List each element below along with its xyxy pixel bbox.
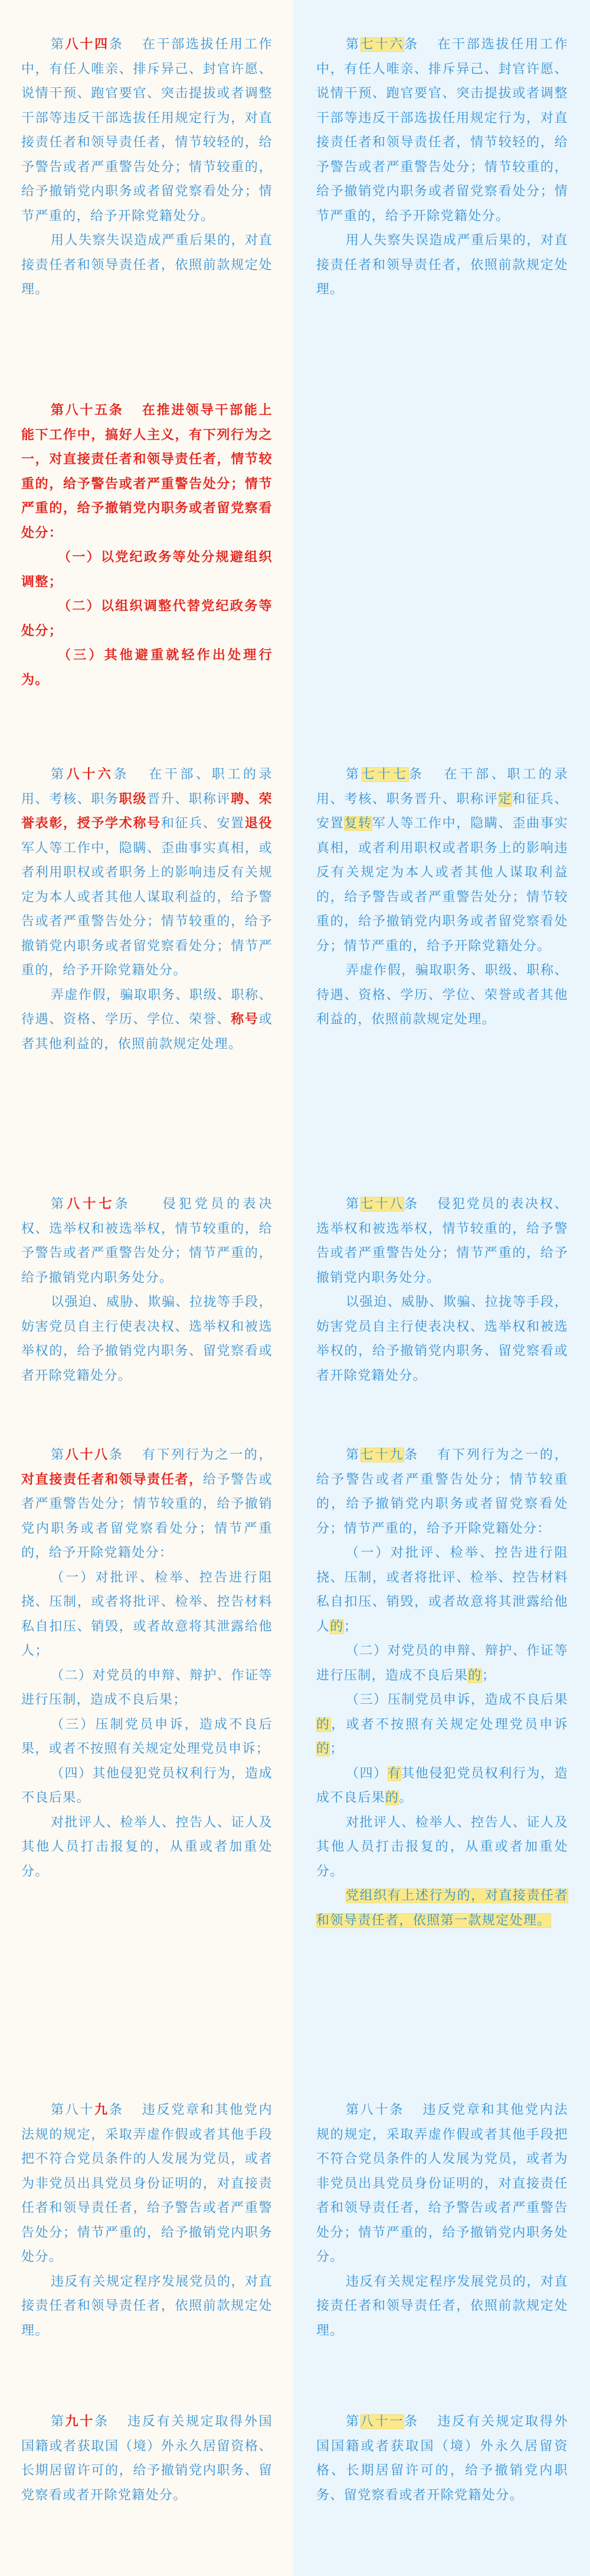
article-text: 违反党章和其他党内法规的规定，采取弄虚作假或者其他手段把不符合党员条件的人发展为…	[21, 2103, 273, 2264]
article-prefix: 第	[51, 1448, 65, 1462]
text-segment: ；	[482, 1668, 496, 1683]
article-76: 第七十六条在干部选拔任用工作中，有任人唯亲、排斥异己、封官许愿、说情干预、跑官要…	[316, 32, 568, 302]
article-number: 九	[94, 2103, 109, 2117]
article-79-item-4: （四）有其他侵犯党员权利行为，造成不良后果的。	[316, 1762, 568, 1811]
changed-text: 的	[316, 1742, 330, 1756]
left-column-revised: 第八十四条在干部选拔任用工作中，有任人唯亲、排斥异己、封官许愿、说情干预、跑官要…	[0, 0, 293, 2576]
article-suffix: 条	[404, 1197, 419, 1212]
article-prefix: 第	[51, 37, 65, 52]
changed-text: 有	[388, 1766, 402, 1781]
article-90-para-1: 第九十条违反有关规定取得外国国籍或者获取国（境）外永久居留资格、长期居留许可的，…	[21, 2410, 273, 2508]
article-90: 第九十条违反有关规定取得外国国籍或者获取国（境）外永久居留资格、长期居留许可的，…	[21, 2410, 273, 2508]
article-prefix: 第	[346, 2103, 360, 2117]
article-77-para-2: 弄虚作假，骗取职务、职级、职称、待遇、资格、学历、学位、荣誉或者其他利益的，依照…	[316, 958, 568, 1032]
article-text: 在干部选拔任用工作中，有任人唯亲、排斥异己、封官许愿、说情干预、跑官要官、突击提…	[316, 37, 568, 224]
article-suffix: 条	[404, 2414, 419, 2429]
article-85-item-3: （三）其他避重就轻作出处理行为。	[21, 643, 273, 692]
article-89-para-1: 第八十九条违反党章和其他党内法规的规定，采取弄虚作假或者其他手段把不符合党员条件…	[21, 2098, 273, 2270]
article-78-para-2: 以强迫、威胁、欺骗、拉拢等手段，妨害党员自主行使表决权、选举权和被选举权的，给予…	[316, 1290, 568, 1388]
article-79-item-2: （二）对党员的申辩、辩护、作证等进行压制，造成不良后果的；	[316, 1639, 568, 1688]
article-number: 七十七	[362, 767, 409, 782]
text-segment: （三）压制党员申诉，造成不良后果	[346, 1693, 568, 1707]
article-87-para-1: 第八十七条侵犯党员的表决权、选举权和被选举权，情节较重的，给予警告或者严重警告处…	[21, 1192, 273, 1290]
text-segment: 军人等工作中，隐瞒、歪曲事实真相，或者利用职权或者职务上的影响违反有关规定为本人…	[316, 816, 568, 954]
article-number: 八十	[360, 2103, 390, 2117]
article-suffix: 条	[109, 2103, 124, 2117]
article-81: 第八十一条违反有关规定取得外国国籍或者获取国（境）外永久居留资格、长期居留许可的…	[316, 2410, 568, 2508]
article-prefix: 第	[51, 767, 67, 782]
article-prefix: 第	[346, 1448, 360, 1462]
article-79-closing: 对批评人、检举人、控告人、证人及其他人员打击报复的，从重或者加重处分。	[316, 1811, 568, 1884]
article-suffix: 条	[409, 767, 425, 782]
article-86-para-2: 弄虚作假，骗取职务、职级、职称、待遇、资格、学历、学位、荣誉、称号或者其他利益的…	[21, 983, 273, 1057]
article-79: 第七十九条有下列行为之一的，给予警告或者严重警告处分；情节较重的，给予撤销党内职…	[316, 1443, 568, 1933]
article-86: 第八十六条在干部、职工的录用、考核、职务职级晋升、职称评聘、荣誉表彰，授予学术称…	[21, 762, 273, 1056]
article-89-para-2: 违反有关规定程序发展党员的，对直接责任者和领导责任者，依照前款规定处理。	[21, 2270, 273, 2343]
article-88-item-3: （三）压制党员申诉，造成不良后果，或者不按照有关规定处理党员申诉；	[21, 1713, 273, 1762]
article-88-para-1: 第八十八条有下列行为之一的，对直接责任者和领导责任者，给予警告或者严重警告处分；…	[21, 1443, 273, 1566]
article-84-para-1: 第八十四条在干部选拔任用工作中，有任人唯亲、排斥异己、封官许愿、说情干预、跑官要…	[21, 32, 273, 228]
article-88-item-1: （一）对批评、检举、控告进行阻挠、压制，或者将批评、检举、控告材料私自扣压、销毁…	[21, 1566, 273, 1664]
article-number: 七十九	[360, 1448, 404, 1462]
article-suffix: 条	[94, 2414, 109, 2429]
article-79-item-3: （三）压制党员申诉，造成不良后果的，或者不按照有关规定处理党员申诉的；	[316, 1688, 568, 1762]
article-85-item-1: （一）以党纪政务等处分规避组织调整；	[21, 545, 273, 594]
article-80-para-1: 第八十条违反党章和其他党内法规的规定，采取弄虚作假或者其他手段把不符合党员条件的…	[316, 2098, 568, 2270]
text-segment: 军人等工作中，隐瞒、歪曲事实真相，或者利用职权或者职务上的影响违反有关规定为本人…	[21, 841, 273, 978]
article-81-para-1: 第八十一条违反有关规定取得外国国籍或者获取国（境）外永久居留资格、长期居留许可的…	[316, 2410, 568, 2508]
text-segment: ；	[344, 1619, 358, 1634]
text-segment: 。	[399, 1791, 412, 1805]
article-number: 八十六	[67, 767, 114, 782]
changed-text: 党组织有上述行为的，对直接责任者和领导责任者，依照第一款规定处理。	[316, 1888, 568, 1928]
article-79-item-1: （一）对批评、检举、控告进行阻挠、压制，或者将批评、检举、控告材料私自扣压、销毁…	[316, 1541, 568, 1639]
article-prefix: 第	[51, 2414, 65, 2429]
article-77-para-1: 第七十七条在干部、职工的录用、考核、职务晋升、职称评定和征兵、安置复转军人等工作…	[316, 762, 568, 958]
article-79-deleted-para: 党组织有上述行为的，对直接责任者和领导责任者，依照第一款规定处理。	[316, 1884, 568, 1933]
article-84-para-2: 用人失察失误造成严重后果的，对直接责任者和领导责任者，依照前款规定处理。	[21, 228, 273, 302]
article-89: 第八十九条违反党章和其他党内法规的规定，采取弄虚作假或者其他手段把不符合党员条件…	[21, 2098, 273, 2343]
text-segment: （四）	[346, 1766, 388, 1781]
article-88-item-4: （四）其他侵犯党员权利行为，造成不良后果。	[21, 1762, 273, 1811]
article-number: 八十七	[67, 1197, 115, 1212]
changed-text: 定	[499, 792, 513, 807]
article-88: 第八十八条有下列行为之一的，对直接责任者和领导责任者，给予警告或者严重警告处分；…	[21, 1443, 273, 1884]
article-87-para-2: 以强迫、威胁、欺骗、拉拢等手段，妨害党员自主行使表决权、选举权和被选举权的，给予…	[21, 1290, 273, 1388]
article-suffix: 条	[113, 767, 129, 782]
text-segment: 和征兵、安置	[161, 816, 245, 831]
article-80-para-2: 违反有关规定程序发展党员的，对直接责任者和领导责任者，依照前款规定处理。	[316, 2270, 568, 2343]
article-number: 七十八	[360, 1197, 404, 1212]
text-segment: 有下列行为之一的，	[142, 1448, 273, 1462]
article-number: 八十八	[65, 1448, 109, 1462]
article-prefix: 第	[51, 403, 65, 418]
article-87: 第八十七条侵犯党员的表决权、选举权和被选举权，情节较重的，给予警告或者严重警告处…	[21, 1192, 273, 1388]
article-79-para-1: 第七十九条有下列行为之一的，给予警告或者严重警告处分；情节较重的，给予撤销党内职…	[316, 1443, 568, 1541]
changed-text: 的	[316, 1717, 331, 1732]
changed-text: 的	[468, 1668, 481, 1683]
added-text: 对直接责任者和领导责任者，	[21, 1472, 203, 1487]
article-suffix: 条	[109, 1448, 124, 1462]
article-number: 九十	[65, 2414, 94, 2429]
article-text: 违反党章和其他党内法规的规定，采取弄虚作假或者其他手段把不符合党员条件的人发展为…	[316, 2103, 568, 2264]
text-segment: ，或者不按照有关规定处理党员申诉	[331, 1717, 568, 1732]
article-suffix: 条	[404, 37, 419, 52]
article-prefix: 第	[346, 37, 360, 52]
article-78: 第七十八条侵犯党员的表决权、选举权和被选举权，情节较重的，给予警告或者严重警告处…	[316, 1192, 568, 1388]
article-86-para-1: 第八十六条在干部、职工的录用、考核、职务职级晋升、职称评聘、荣誉表彰，授予学术称…	[21, 762, 273, 983]
added-text: 称号	[231, 1012, 258, 1027]
article-text: 在干部选拔任用工作中，有任人唯亲、排斥异己、封官许愿、说情干预、跑官要官、突击提…	[21, 37, 273, 224]
article-number: 八十五	[65, 403, 109, 418]
article-suffix: 条	[115, 1197, 131, 1212]
article-76-para-1: 第七十六条在干部选拔任用工作中，有任人唯亲、排斥异己、封官许愿、说情干预、跑官要…	[316, 32, 568, 228]
article-suffix: 条	[109, 403, 124, 418]
article-prefix: 第八十	[51, 2103, 94, 2117]
article-76-para-2: 用人失察失误造成严重后果的，对直接责任者和领导责任者，依照前款规定处理。	[316, 228, 568, 302]
text-segment: （二）对党员的申辩、辩护、作证等进行压制，造成不良后果	[316, 1644, 568, 1683]
article-80: 第八十条违反党章和其他党内法规的规定，采取弄虚作假或者其他手段把不符合党员条件的…	[316, 2098, 568, 2343]
right-column-original: 第七十六条在干部选拔任用工作中，有任人唯亲、排斥异己、封官许愿、说情干预、跑官要…	[293, 0, 590, 2576]
text-segment: 晋升、职称评	[147, 792, 231, 807]
article-84: 第八十四条在干部选拔任用工作中，有任人唯亲、排斥异己、封官许愿、说情干预、跑官要…	[21, 32, 273, 302]
article-88-item-2: （二）对党员的申辩、辩护、作证等进行压制，造成不良后果；	[21, 1664, 273, 1713]
article-85-item-2: （二）以组织调整代替党纪政务等处分；	[21, 594, 273, 643]
article-suffix: 条	[404, 1448, 419, 1462]
article-text: 在推进领导干部能上能下工作中，搞好人主义，有下列行为之一，对直接责任者和领导责任…	[21, 403, 273, 541]
article-prefix: 第	[51, 1197, 67, 1212]
article-number: 七十六	[360, 37, 404, 52]
changed-text: 的	[330, 1619, 343, 1634]
article-number: 八十一	[360, 2414, 404, 2429]
article-78-para-1: 第七十八条侵犯党员的表决权、选举权和被选举权，情节较重的，给予警告或者严重警告处…	[316, 1192, 568, 1290]
text-segment: ；	[330, 1742, 343, 1756]
article-prefix: 第	[346, 2414, 360, 2429]
article-prefix: 第	[346, 767, 362, 782]
article-number: 八十四	[65, 37, 109, 52]
article-85-para-1: 第八十五条在推进领导干部能上能下工作中，搞好人主义，有下列行为之一，对直接责任者…	[21, 398, 273, 545]
article-85: 第八十五条在推进领导干部能上能下工作中，搞好人主义，有下列行为之一，对直接责任者…	[21, 398, 273, 692]
article-88-closing: 对批评人、检举人、控告人、证人及其他人员打击报复的，从重或者加重处分。	[21, 1811, 273, 1884]
comparison-page: 第八十四条在干部选拔任用工作中，有任人唯亲、排斥异己、封官许愿、说情干预、跑官要…	[0, 0, 590, 2576]
added-text: 职级	[119, 792, 147, 807]
changed-text: 的	[385, 1791, 399, 1805]
article-suffix: 条	[109, 37, 124, 52]
added-text: 退役	[245, 816, 273, 831]
article-suffix: 条	[389, 2103, 404, 2117]
article-prefix: 第	[346, 1197, 360, 1212]
changed-text: 复转	[344, 816, 372, 831]
article-77: 第七十七条在干部、职工的录用、考核、职务晋升、职称评定和征兵、安置复转军人等工作…	[316, 762, 568, 1032]
